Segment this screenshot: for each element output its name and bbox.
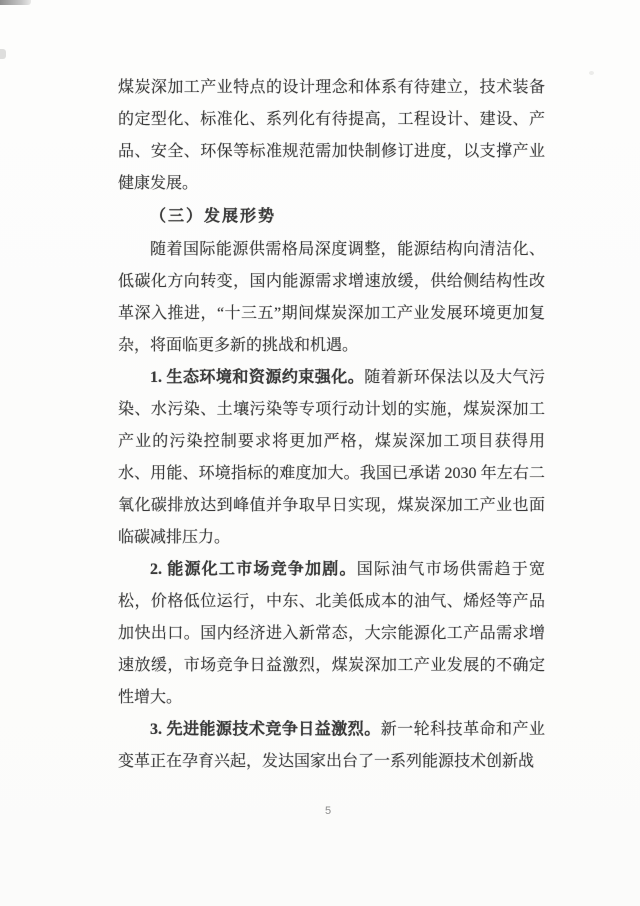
paragraph-item-3: 3. 先进能源技术竞争日益激烈。新一轮科技革命和产业变革正在孕育兴起，发达国家出…: [118, 714, 545, 778]
page-number: 5: [0, 804, 640, 818]
scanned-document-page: 煤炭深加工产业特点的设计理念和体系有待建立，技术装备的定型化、标准化、系列化有待…: [0, 0, 640, 906]
item-2-text: 国际油气市场供需趋于宽松，价格低位运行，中东、北美低成本的油气、烯烃等产品加快出…: [118, 561, 545, 706]
item-1-bold-lead: 1. 生态环境和资源约束强化。: [150, 369, 364, 386]
item-1-text: 随着新环保法以及大气污染、水污染、土壤污染等专项行动计划的实施，煤炭深加工产业的…: [118, 369, 545, 546]
paragraph-item-1: 1. 生态环境和资源约束强化。随着新环保法以及大气污染、水污染、土壤污染等专项行…: [118, 362, 545, 554]
paragraph-situation-overview: 随着国际能源供需格局深度调整，能源结构向清洁化、低碳化方向转变，国内能源需求增速…: [118, 234, 545, 362]
section-heading-development-situation: （三）发展形势: [118, 201, 545, 233]
item-3-bold-lead: 3. 先进能源技术竞争日益激烈。: [150, 721, 381, 738]
item-2-bold-lead: 2. 能源化工市场竞争加剧。: [150, 561, 357, 578]
paragraph-intro-continuation: 煤炭深加工产业特点的设计理念和体系有待建立，技术装备的定型化、标准化、系列化有待…: [118, 72, 545, 200]
scan-artifact-left-edge: [0, 49, 6, 59]
scan-artifact-top-left: [0, 0, 31, 5]
document-body: 煤炭深加工产业特点的设计理念和体系有待建立，技术装备的定型化、标准化、系列化有待…: [118, 72, 545, 778]
paragraph-item-2: 2. 能源化工市场竞争加剧。国际油气市场供需趋于宽松，价格低位运行，中东、北美低…: [118, 554, 545, 714]
scan-artifact-dot: [589, 71, 594, 75]
